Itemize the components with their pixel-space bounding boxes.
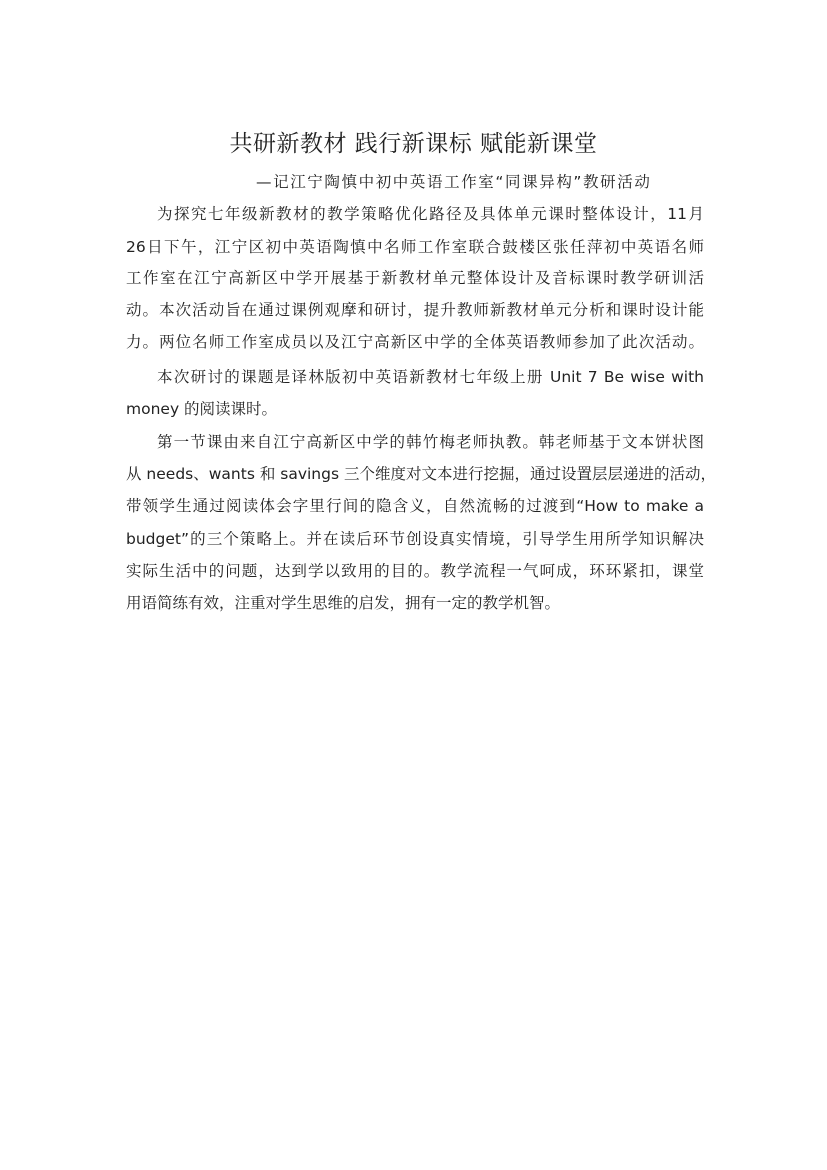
document-subtitle: —记江宁陶慎中初中英语工作室“同课异构”教研活动: [256, 170, 716, 194]
paragraph-3-line-1: 第一节课由来自江宁高新区中学的韩竹梅老师执教。韩老师基于文本饼状图: [157, 430, 704, 454]
document-title: 共研新教材 践行新课标 赋能新课堂: [0, 128, 827, 160]
paragraph-1-line-3: 工作室在江宁高新区中学开展基于新教材单元整体设计及音标课时教学研训活: [126, 266, 704, 290]
paragraph-1-line-5: 力。两位名师工作室成员以及江宁高新区中学的全体英语教师参加了此次活动。: [126, 330, 704, 354]
paragraph-3-line-5: 实际生活中的问题，达到学以致用的目的。教学流程一气呵成，环环紧扣，课堂: [126, 559, 704, 583]
paragraph-3-line-6: 用语简练有效，注重对学生思维的启发，拥有一定的教学机智。: [126, 591, 704, 615]
paragraph-3-line-2: 从 needs、wants 和 savings 三个维度对文本进行挖掘，通过设置…: [126, 462, 704, 486]
paragraph-1-line-2: 26日下午，江宁区初中英语陶慎中名师工作室联合鼓楼区张任萍初中英语名师: [126, 235, 704, 259]
paragraph-2-line-2: money 的阅读课时。: [126, 397, 704, 421]
paragraph-1-line-4: 动。本次活动旨在通过课例观摩和研讨，提升教师新教材单元分析和课时设计能: [126, 298, 704, 322]
paragraph-2-line-1: 本次研讨的课题是译林版初中英语新教材七年级上册 Unit 7 Be wise w…: [157, 365, 704, 389]
paragraph-3-line-3: 带领学生通过阅读体会字里行间的隐含义，自然流畅的过渡到“How to make …: [126, 494, 704, 518]
paragraph-3-line-4: budget”的三个策略上。并在读后环节创设真实情境，引导学生用所学知识解决: [126, 527, 704, 551]
paragraph-1-line-1: 为探究七年级新教材的教学策略优化路径及具体单元课时整体设计，11月: [157, 202, 704, 226]
document-page: 共研新教材 践行新课标 赋能新课堂 —记江宁陶慎中初中英语工作室“同课异构”教研…: [0, 0, 827, 1170]
